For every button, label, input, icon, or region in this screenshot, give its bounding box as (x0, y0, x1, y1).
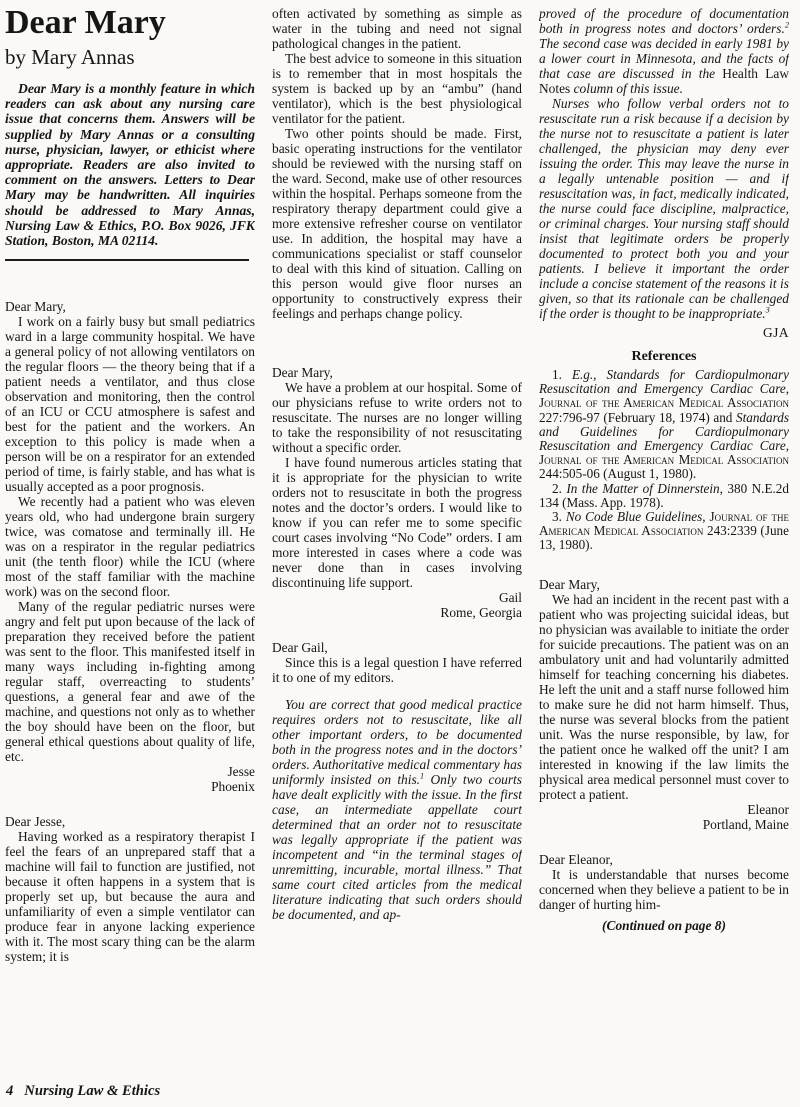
reference-item: 2. In the Matter of Dinnerstein, 380 N.E… (539, 482, 789, 510)
magazine-page: Dear Mary by Mary Annas Dear Mary is a m… (0, 0, 800, 1107)
letter1-paragraph: Many of the regular pediatric nurses wer… (5, 599, 255, 764)
page-title: Dear Mary (5, 6, 255, 40)
letter2-paragraph: We have a problem at our hospital. Some … (272, 380, 522, 455)
letter1-salutation: Dear Mary, (5, 299, 255, 314)
editor-text: Nurses who follow verbal orders not to r… (539, 96, 789, 321)
journal-name: Journal of the American Medical Associat… (539, 452, 789, 467)
column-right: proved of the procedure of documentation… (539, 6, 789, 1107)
reference-text: 227:796-97 (February 18, 1974) and (539, 410, 736, 425)
reference-number: 3. (552, 509, 566, 524)
signature-name: Gail (272, 590, 522, 605)
footnote-marker: 3 (766, 306, 770, 315)
editor-reply-paragraph: You are correct that good medical practi… (272, 697, 522, 922)
reference-title: No Code Blue Guidelines (566, 509, 702, 524)
letter3-paragraph: We had an incident in the recent past wi… (539, 592, 789, 802)
column-middle: often activated by something as simple a… (272, 6, 522, 1107)
reference-text: , (786, 438, 789, 453)
journal-name: Journal of the American Medical Associat… (539, 395, 789, 410)
signature-name: Jesse (5, 764, 255, 779)
page-footer: 4Nursing Law & Ethics (6, 1083, 160, 1100)
signature-place: Phoenix (5, 779, 255, 794)
reference-title: In the Matter of Dinnerstein (566, 481, 719, 496)
reply3-paragraph: It is understandable that nurses become … (539, 867, 789, 912)
reference-number: 1. (552, 367, 572, 382)
reply1-paragraph: Having worked as a respiratory therapist… (5, 829, 255, 964)
intro-divider-rule (5, 259, 249, 261)
references-heading: References (539, 349, 789, 364)
reference-number: 2. (552, 481, 566, 496)
editor-text: column of this issue. (570, 81, 683, 96)
reply1-paragraph-continued: often activated by something as simple a… (272, 6, 522, 51)
byline: by Mary Annas (5, 46, 255, 69)
continued-note: (Continued on page 8) (539, 918, 789, 933)
reference-text: E.g., (572, 367, 607, 382)
column-left: Dear Mary by Mary Annas Dear Mary is a m… (5, 6, 255, 1107)
letter3-salutation: Dear Mary, (539, 577, 789, 592)
editor-initials: GJA (539, 325, 789, 340)
reply3-salutation: Dear Eleanor, (539, 852, 789, 867)
reply1-paragraph: The best advice to someone in this situa… (272, 51, 522, 126)
letter1-paragraph: I work on a fairly busy but small pediat… (5, 314, 255, 494)
reply2-paragraph: Since this is a legal question I have re… (272, 655, 522, 685)
footnote-marker: 2 (785, 21, 789, 30)
footer-page-number: 4 (6, 1083, 13, 1099)
signature-place: Rome, Georgia (272, 605, 522, 620)
editor-reply-paragraph: Nurses who follow verbal orders not to r… (539, 96, 789, 321)
editor-reply-paragraph-continued: proved of the procedure of documentation… (539, 6, 789, 96)
reference-item: 1. E.g., Standards for Cardiopulmonary R… (539, 368, 789, 482)
editor-text: proved of the procedure of documentation… (539, 6, 789, 36)
signature-name: Eleanor (539, 802, 789, 817)
letter2-paragraph: I have found numerous articles stating t… (272, 455, 522, 590)
footer-journal-title: Nursing Law & Ethics (24, 1083, 160, 1099)
reply2-salutation: Dear Gail, (272, 640, 522, 655)
signature-place: Portland, Maine (539, 817, 789, 832)
reply1-paragraph: Two other points should be made. First, … (272, 126, 522, 321)
reference-item: 3. No Code Blue Guidelines, Journal of t… (539, 510, 789, 553)
reference-text: 244:505-06 (August 1, 1980). (539, 466, 696, 481)
reply1-salutation: Dear Jesse, (5, 814, 255, 829)
reference-text: , (786, 381, 789, 396)
letter1-paragraph: We recently had a patient who was eleven… (5, 494, 255, 599)
intro-paragraph: Dear Mary is a monthly feature in which … (5, 81, 255, 248)
letter2-salutation: Dear Mary, (272, 365, 522, 380)
editor-text: Only two courts have dealt explicitly wi… (272, 772, 522, 922)
